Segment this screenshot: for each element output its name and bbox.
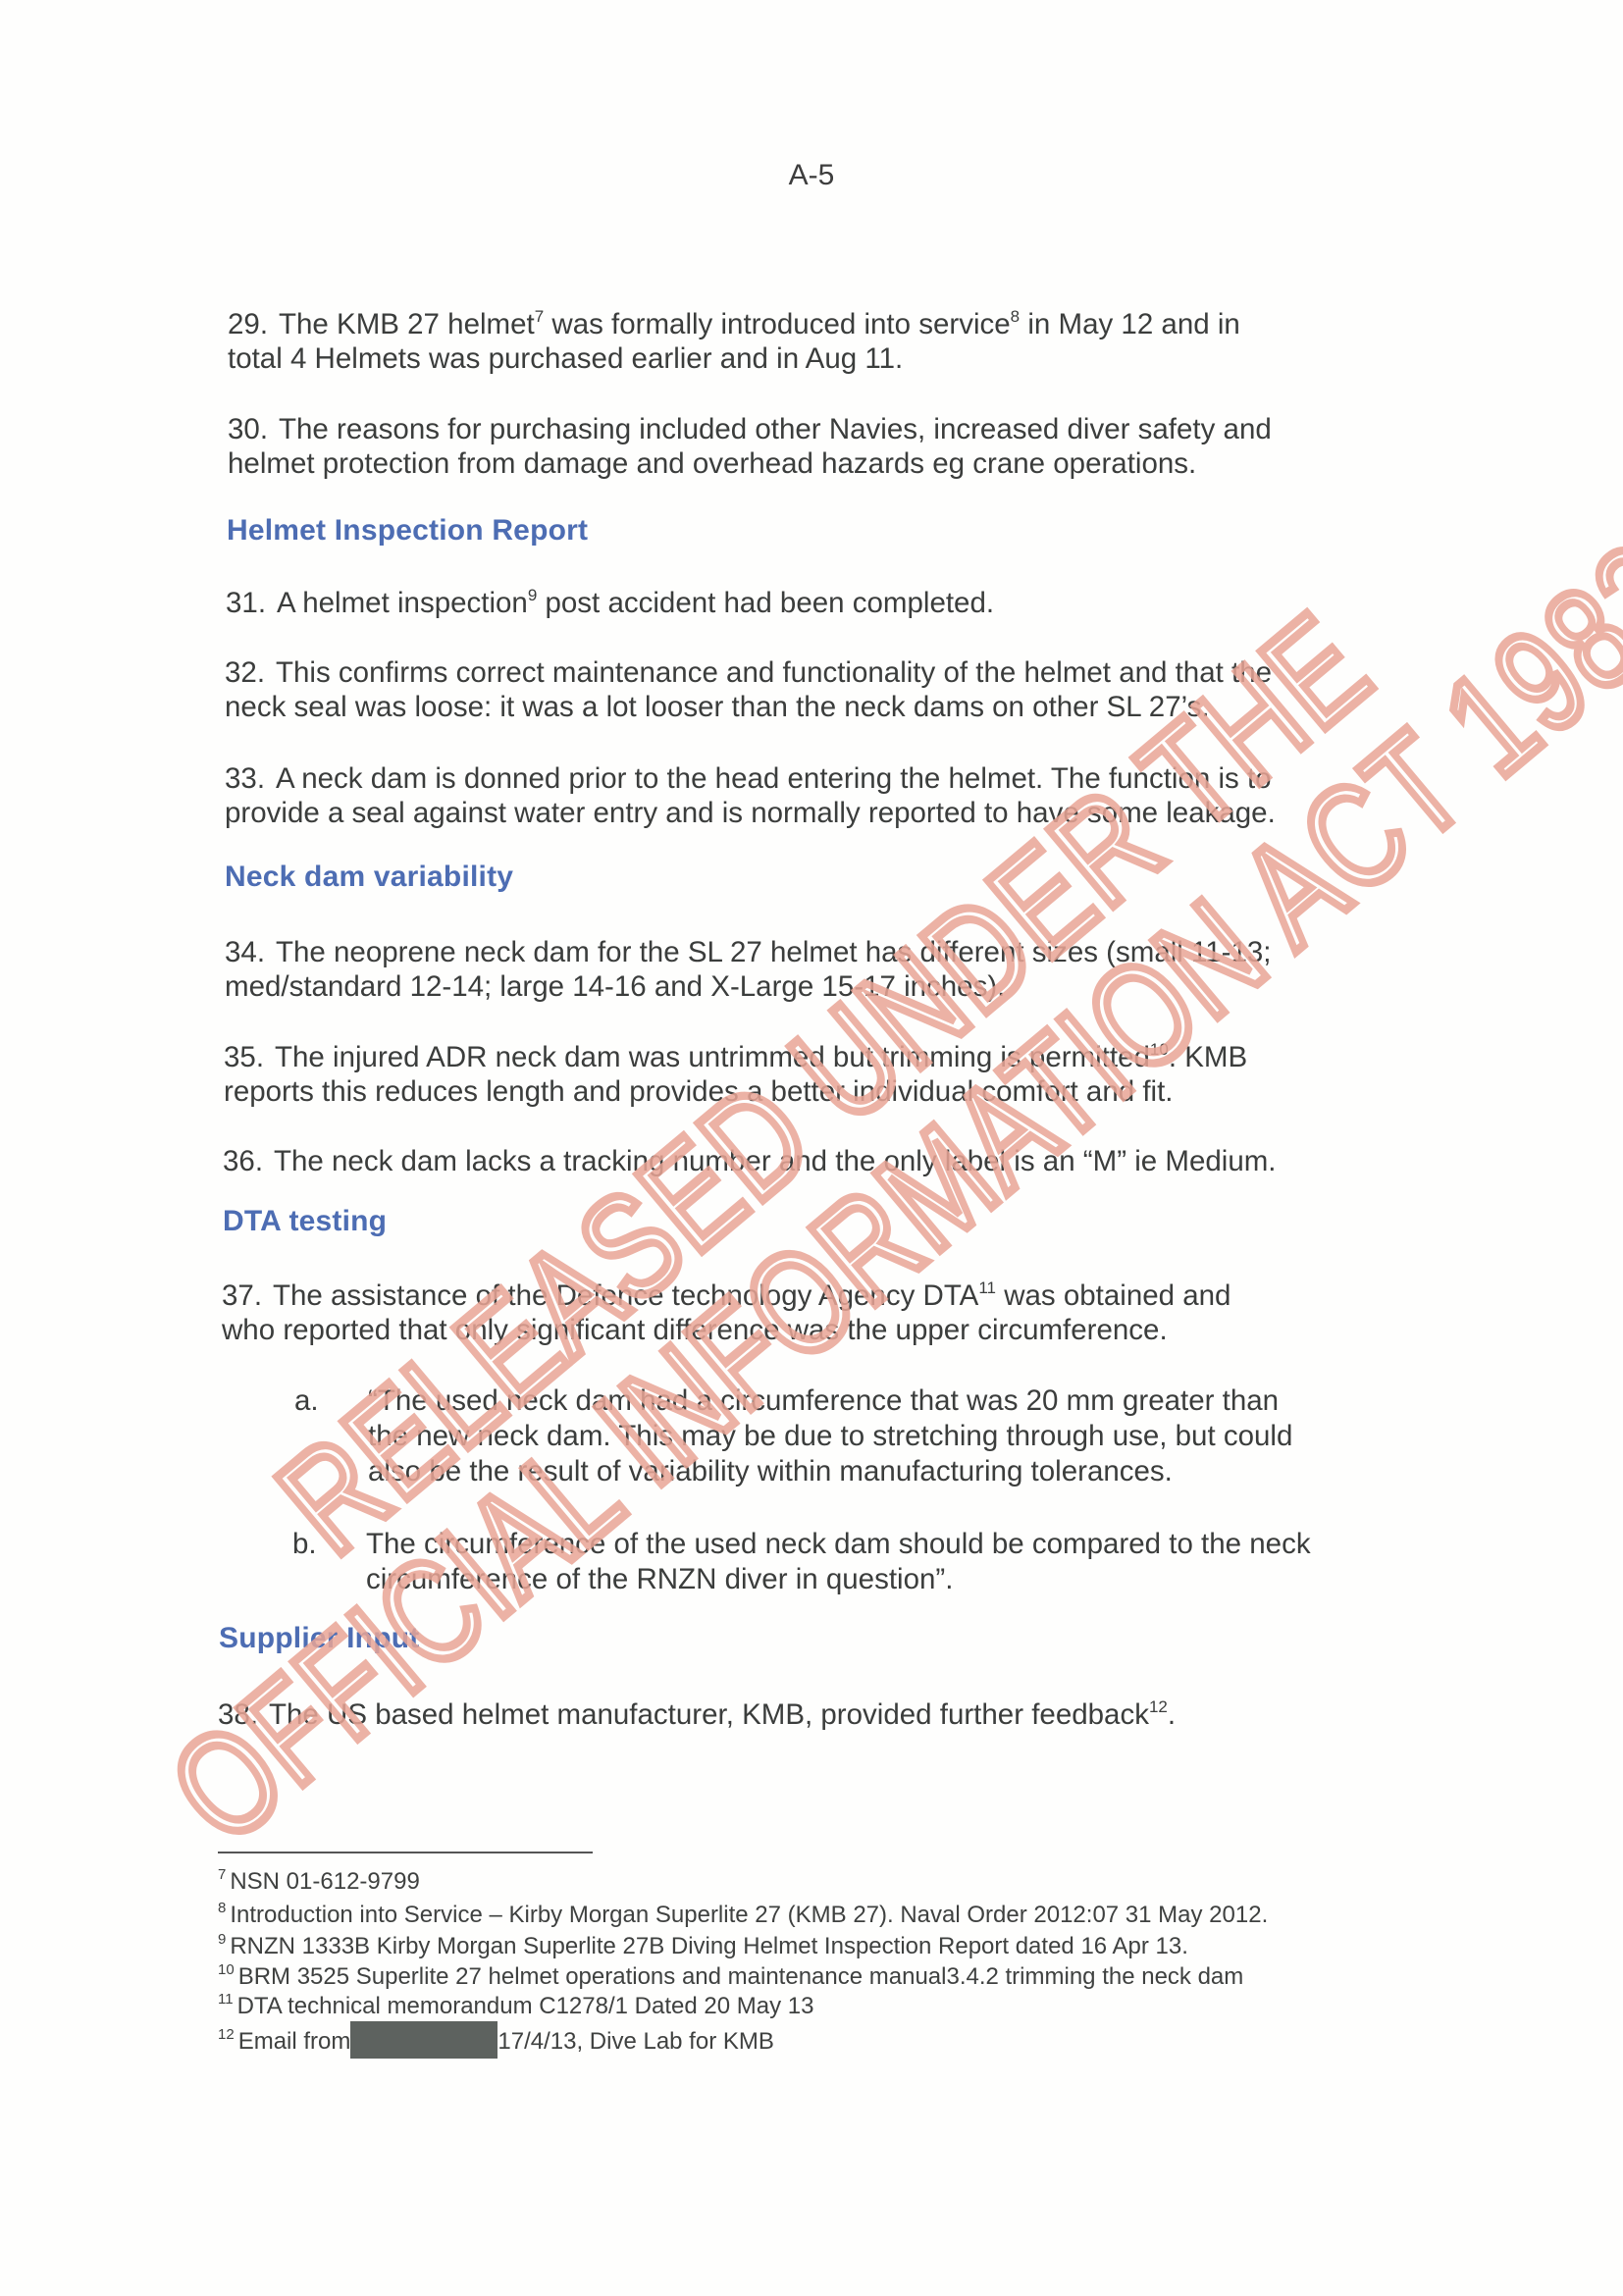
footnote-11: 11DTA technical memorandum C1278/1 Dated…	[218, 1992, 813, 2021]
paragraph-number: 37.	[222, 1278, 273, 1313]
paragraph-32: 32.This confirms correct maintenance and…	[225, 655, 1272, 724]
paragraph-36: 36.The neck dam lacks a tracking number …	[223, 1144, 1277, 1178]
paragraph-number: 32.	[225, 655, 276, 690]
section-heading-helmet-inspection: Helmet Inspection Report	[227, 514, 588, 548]
paragraph-number: 33.	[225, 761, 276, 796]
subparagraph-label: b.	[292, 1527, 317, 1561]
footnote-ref-11[interactable]: 11	[978, 1278, 996, 1297]
footnote-ref-10[interactable]: 10	[1150, 1040, 1169, 1059]
footnote-ref-8[interactable]: 8	[1011, 307, 1020, 326]
redaction-box	[350, 2021, 497, 2059]
paragraph-number: 35.	[224, 1040, 275, 1074]
footnote-ref-7[interactable]: 7	[535, 307, 544, 326]
subparagraph-37b: b. The circumference of the used neck da…	[292, 1527, 1372, 1600]
page-number: A-5	[0, 159, 1623, 192]
footnote-12: 12Email from17/4/13, Dive Lab for KMB	[218, 2021, 774, 2059]
paragraph-31: 31.A helmet inspection9 post accident ha…	[226, 586, 994, 620]
footnote-9: 9RNZN 1333B Kirby Morgan Superlite 27B D…	[218, 1932, 1188, 1961]
document-page: A-5 29.The KMB 27 helmet7 was formally i…	[0, 0, 1623, 2296]
footnote-7: 7NSN 01-612-9799	[218, 1867, 420, 1897]
paragraph-number: 29.	[228, 307, 279, 341]
subparagraph-label: a.	[294, 1383, 319, 1418]
paragraph-35: 35.The injured ADR neck dam was untrimme…	[224, 1040, 1247, 1109]
paragraph-38: 38.The US based helmet manufacturer, KMB…	[218, 1697, 1176, 1732]
paragraph-number: 38.	[218, 1697, 269, 1732]
footnote-10: 10BRM 3525 Superlite 27 helmet operation…	[218, 1962, 1243, 1992]
paragraph-30: 30.The reasons for purchasing included o…	[228, 412, 1272, 481]
paragraph-number: 30.	[228, 412, 279, 446]
paragraph-29: 29.The KMB 27 helmet7 was formally intro…	[228, 307, 1240, 376]
paragraph-37: 37.The assistance of the Defence technol…	[222, 1278, 1230, 1347]
paragraph-33: 33.A neck dam is donned prior to the hea…	[225, 761, 1276, 830]
section-heading-dta-testing: DTA testing	[223, 1205, 387, 1238]
footnote-8: 8Introduction into Service – Kirby Morga…	[218, 1901, 1268, 1930]
footnote-ref-12[interactable]: 12	[1149, 1697, 1168, 1716]
section-heading-neck-dam-variability: Neck dam variability	[225, 861, 513, 894]
footnote-ref-9[interactable]: 9	[528, 586, 537, 604]
paragraph-number: 34.	[225, 935, 276, 969]
subparagraph-37a: a. “The used neck dam had a circumferenc…	[294, 1383, 1374, 1491]
paragraph-34: 34.The neoprene neck dam for the SL 27 h…	[225, 935, 1271, 1004]
paragraph-number: 31.	[226, 586, 277, 620]
section-heading-supplier-input: Supplier Input	[219, 1622, 419, 1655]
paragraph-number: 36.	[223, 1144, 274, 1178]
footnote-separator	[218, 1852, 593, 1853]
